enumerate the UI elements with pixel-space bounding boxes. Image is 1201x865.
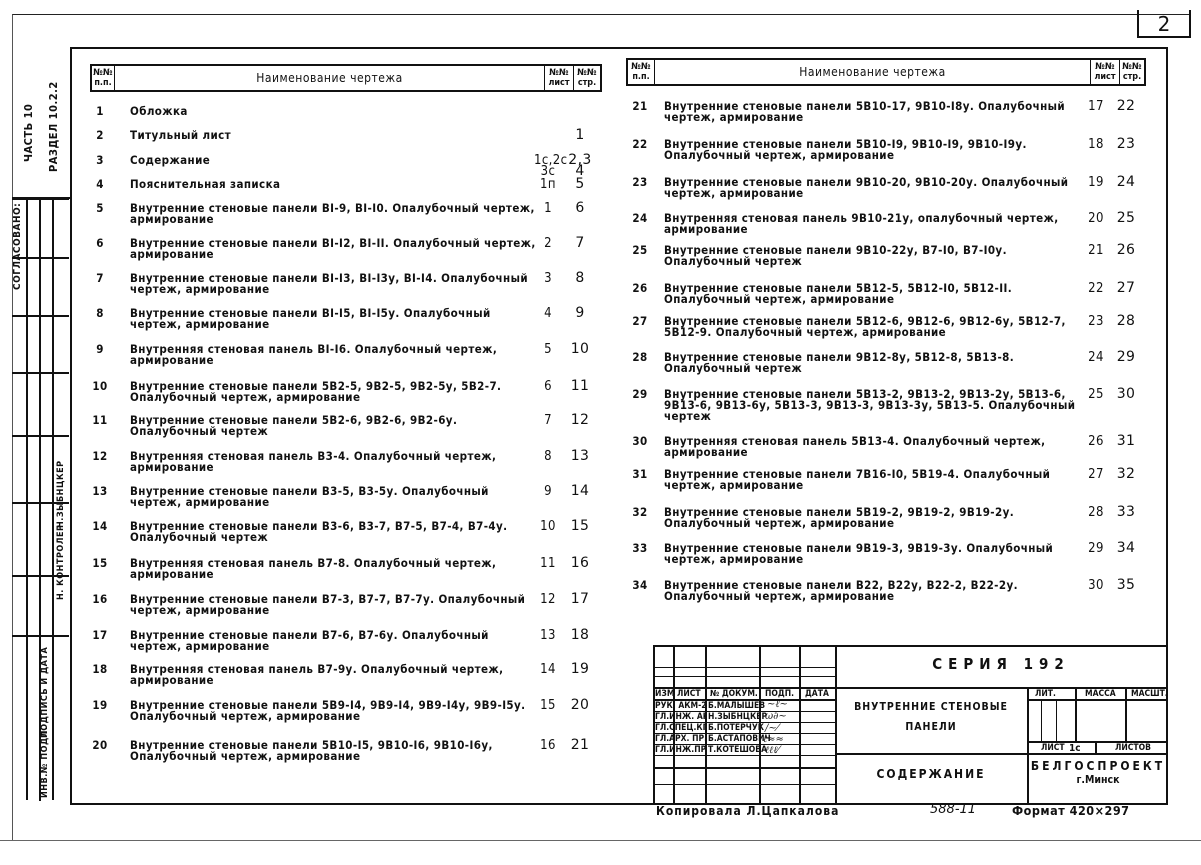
sheet-number: 4 — [534, 308, 562, 319]
series-label: СЕРИЯ 192 — [835, 655, 1167, 673]
col-sign: ПОДП. — [765, 689, 794, 699]
drawing-name: Внутренние стеновые панели 5В19-2, 9В19-… — [664, 507, 1084, 529]
col-doc: № ДОКУМ. — [710, 689, 758, 699]
drawing-name: Внутренние стеновые панели 9В10-20, 9В10… — [664, 177, 1084, 199]
table-row: 22Внутренние стеновые панели 5В10-I9, 9В… — [628, 139, 1148, 167]
table-row: 14Внутренние стеновые панели В3-6, В3-7,… — [88, 521, 608, 549]
page-number-cell: 12 — [566, 415, 594, 426]
table-row: 6Внутренние стеновые панели ВI-I2, ВI-II… — [88, 238, 608, 266]
header-sheet: №№ лист — [545, 66, 574, 90]
row-number: 25 — [628, 245, 652, 256]
page-number-cell: 23 — [1112, 139, 1140, 150]
row-number: 16 — [88, 594, 112, 605]
drawing-name: Обложка — [130, 106, 540, 117]
row-number: 7 — [88, 273, 112, 284]
sheet-number: 30 — [1082, 580, 1110, 591]
lit-label: ЛИТ. — [1035, 689, 1056, 699]
agreed-label: СОГЛАСОВАНО: — [12, 203, 23, 290]
header-page: №№ стр. — [574, 66, 600, 90]
row-number: 29 — [628, 389, 652, 400]
drawing-name: Внутренние стеновые панели 5В9-I4, 9В9-I… — [130, 700, 540, 722]
header-name: Наименование чертежа — [115, 66, 545, 90]
table-row: 30Внутренняя стеновая панель 5В13-4. Опа… — [628, 436, 1148, 464]
divider — [1137, 10, 1139, 37]
row-number: 5 — [88, 203, 112, 214]
page-number: 2 — [1140, 12, 1188, 36]
table-row: 31Внутренние стеновые панели 7В16-I0, 5В… — [628, 469, 1148, 497]
signature-icon: ℓℓℓ⁄ — [765, 745, 779, 756]
sheet-number: 20 — [1082, 213, 1110, 224]
row-number: 31 — [628, 469, 652, 480]
row-number: 17 — [88, 630, 112, 641]
drawing-name: Внутренние стеновые панели 7В16-I0, 5В19… — [664, 469, 1084, 491]
copied-by: Копировала Л.Цапкалова — [656, 804, 839, 818]
page-number-cell: 33 — [1112, 507, 1140, 518]
signature-icon: /~⁄ — [765, 723, 778, 734]
page-number-cell: 32 — [1112, 469, 1140, 480]
drawing-name: Внутренние стеновые панели В7-3, В7-7, В… — [130, 594, 540, 616]
page-number-cell: 5 — [566, 179, 594, 190]
page-number-cell: 8 — [566, 273, 594, 284]
sheet-value: 1с — [1069, 743, 1081, 754]
page-number-cell: 29 — [1112, 352, 1140, 363]
table-row: 23Внутренние стеновые панели 9В10-20, 9В… — [628, 177, 1148, 205]
sheet-label: ЛИСТ — [1041, 743, 1065, 753]
row-number: 11 — [88, 415, 112, 426]
row-number: 21 — [628, 101, 652, 112]
drawing-name: Внутренняя стеновая панель В3-4. Опалубо… — [130, 451, 540, 473]
format-label: Формат 420×297 — [1012, 803, 1130, 818]
table-row: 12Внутренняя стеновая панель В3-4. Опалу… — [88, 451, 608, 479]
table-row: 11Внутренние стеновые панели 5В2-6, 9В2-… — [88, 415, 608, 443]
table-row: 15Внутренняя стеновая панель В7-8. Опалу… — [88, 558, 608, 586]
page-number-cell: 11 — [566, 381, 594, 392]
sign-date-label: ПОДПИСЬ И ДАТА — [40, 647, 50, 738]
page-number-cell: 35 — [1112, 580, 1140, 591]
page-number-cell: 14 — [566, 486, 594, 497]
page-number-cell: 28 — [1112, 316, 1140, 327]
drawing-title: ВНУТРЕННИЕ СТЕНОВЫЕ ПАНЕЛИ — [841, 697, 1021, 737]
row-number: 20 — [88, 740, 112, 751]
drawing-name: Внутренние стеновые панели 9В10-22у, В7-… — [664, 245, 1084, 267]
sheet-number: 7 — [534, 415, 562, 426]
drawing-name: Внутренние стеновые панели ВI-9, ВI-I0. … — [130, 203, 540, 225]
sheet-number: 27 — [1082, 469, 1110, 480]
table-row: 18Внутренняя стеновая панель В7-9у. Опал… — [88, 664, 608, 692]
header-page: №№ стр. — [1120, 60, 1144, 84]
row-number: 22 — [628, 139, 652, 150]
sheet-number: 8 — [534, 451, 562, 462]
table-row: 7Внутренние стеновые панели ВI-I3, ВI-I3… — [88, 273, 608, 301]
sheet-number: 5 — [534, 344, 562, 355]
row-number: 26 — [628, 283, 652, 294]
page-number-cell: 20 — [566, 700, 594, 711]
drawing-name: Внутренняя стеновая панель 9В10-21у, опа… — [664, 213, 1084, 235]
table-row: 17Внутренние стеновые панели В7-6, В7-6у… — [88, 630, 608, 658]
table-row: 20Внутренние стеновые панели 5В10-I5, 9В… — [88, 740, 608, 768]
row-number: 9 — [88, 344, 112, 355]
sheet-number: 3 — [534, 273, 562, 284]
drawing-name: Внутренние стеновые панели В3-6, В3-7, В… — [130, 521, 540, 543]
row-number: 3 — [88, 155, 112, 166]
drawing-name: Пояснительная записка — [130, 179, 540, 190]
page-number-cell: 21 — [566, 740, 594, 751]
page-number-cell: 31 — [1112, 436, 1140, 447]
header-num: №№ п.п. — [92, 66, 115, 90]
drawing-name: Внутренние стеновые панели 5В10-17, 9В10… — [664, 101, 1084, 123]
row-number: 18 — [88, 664, 112, 675]
drawing-name: Внутренние стеновые панели 5В2-6, 9В2-6,… — [130, 415, 540, 437]
person-name: Б.МАЛЫШЕВ — [708, 701, 765, 711]
person-name: Б.АСТАПОВИЧ — [708, 734, 771, 744]
sheet-title: СОДЕРЖАНИЕ — [835, 767, 1027, 781]
controller-role: Н. КОНТРОЛЕР — [56, 525, 66, 600]
table-row: 8Внутренние стеновые панели ВI-I5, ВI-I5… — [88, 308, 608, 336]
page-number-cell: 2,3 4 — [566, 155, 594, 177]
sheet-number: 13 — [534, 630, 562, 641]
page-number-cell: 6 — [566, 203, 594, 214]
col-list: ЛИСТ — [677, 689, 701, 699]
page-number-cell: 25 — [1112, 213, 1140, 224]
drawing-name: Внутренние стеновые панели 5В13-2, 9В13-… — [664, 389, 1084, 422]
row-number: 19 — [88, 700, 112, 711]
table-row: 34Внутренние стеновые панели В22, В22у, … — [628, 580, 1148, 608]
sheet-number: 11 — [534, 558, 562, 569]
organization: БЕЛГОСПРОЕКТ — [1029, 759, 1167, 773]
page-number-cell: 22 — [1112, 101, 1140, 112]
row-number: 12 — [88, 451, 112, 462]
sheet-number: 6 — [534, 381, 562, 392]
drawing-name: Внутренняя стеновая панель ВI-I6. Опалуб… — [130, 344, 540, 366]
row-number: 1 — [88, 106, 112, 117]
sheet-number: 2 — [534, 238, 562, 249]
sheet-number: 1 — [534, 203, 562, 214]
bottom-edge — [0, 840, 1201, 841]
city: г.Минск — [1029, 774, 1167, 786]
sheet-number: 17 — [1082, 101, 1110, 112]
table-row: 24Внутренняя стеновая панель 9В10-21у, о… — [628, 213, 1148, 241]
drawing-name: Внутренние стеновые панели ВI-I5, ВI-I5у… — [130, 308, 540, 330]
row-number: 2 — [88, 130, 112, 141]
drawing-name: Внутренние стеновые панели 9В12-8у, 5В12… — [664, 352, 1084, 374]
row-number: 23 — [628, 177, 652, 188]
sheet-number: 28 — [1082, 507, 1110, 518]
sheet-number: 22 — [1082, 283, 1110, 294]
drawing-name: Содержание — [130, 155, 540, 166]
table-row: 9Внутренняя стеновая панель ВI-I6. Опалу… — [88, 344, 608, 372]
part-label: ЧАСТЬ 10 — [22, 104, 35, 162]
page-number-cell: 9 — [566, 308, 594, 319]
sheet-number: 15 — [534, 700, 562, 711]
person-name: Н.ЗЫБНЦКЕР — [708, 712, 767, 722]
row-number: 6 — [88, 238, 112, 249]
right-table-header: №№ п.п. Наименование чертежа №№ лист №№ … — [626, 58, 1146, 86]
page-number-cell: 27 — [1112, 283, 1140, 294]
row-number: 30 — [628, 436, 652, 447]
table-row: 5Внутренние стеновые панели ВI-9, ВI-I0.… — [88, 203, 608, 231]
header-name: Наименование чертежа — [655, 60, 1091, 84]
page-number-cell: 13 — [566, 451, 594, 462]
doc-code: 588-11 — [930, 802, 976, 817]
row-number: 32 — [628, 507, 652, 518]
row-number: 27 — [628, 316, 652, 327]
table-row: 33Внутренние стеновые панели 9В19-3, 9В1… — [628, 543, 1148, 571]
sheets-label: ЛИСТОВ — [1115, 743, 1151, 753]
drawing-name: Внутренние стеновые панели В3-5, В3-5у. … — [130, 486, 540, 508]
left-table-header: №№ п.п. Наименование чертежа №№ лист №№ … — [90, 64, 602, 92]
col-izm: ИЗМ. — [655, 689, 673, 699]
table-row: 26Внутренние стеновые панели 5В12-5, 5В1… — [628, 283, 1148, 311]
row-number: 4 — [88, 179, 112, 190]
sheet-number: 14 — [534, 664, 562, 675]
mass-label: МАССА — [1085, 689, 1116, 699]
drawing-name: Внутренние стеновые панели 5В12-6, 9В12-… — [664, 316, 1084, 338]
drawing-name: Титульный лист — [130, 130, 540, 141]
page-number-cell: 26 — [1112, 245, 1140, 256]
sheet-number: 10 — [534, 521, 562, 532]
page-number-cell: 10 — [566, 344, 594, 355]
row-number: 33 — [628, 543, 652, 554]
row-number: 8 — [88, 308, 112, 319]
table-row: 16Внутренние стеновые панели В7-3, В7-7,… — [88, 594, 608, 622]
scale-label: МАСШТ. — [1131, 689, 1168, 699]
table-row: 32Внутренние стеновые панели 5В19-2, 9В1… — [628, 507, 1148, 535]
sheet-number: 1с,2с 3с — [534, 155, 562, 177]
drawing-name: Внутренние стеновые панели В7-6, В7-6у. … — [130, 630, 540, 652]
page-number-cell: 1 — [566, 130, 594, 141]
sheet-number: 18 — [1082, 139, 1110, 150]
controller-name: Н.ЗЫБНЦКЕР — [56, 460, 66, 528]
sheet-number: 19 — [1082, 177, 1110, 188]
table-row: 27Внутренние стеновые панели 5В12-6, 9В1… — [628, 316, 1148, 344]
page-number-cell: 19 — [566, 664, 594, 675]
drawing-name: Внутренние стеновые панели ВI-I3, ВI-I3у… — [130, 273, 540, 295]
drawing-name: Внутренние стеновые панели 5В10-I9, 9В10… — [664, 139, 1084, 161]
drawing-name: Внутренняя стеновая панель 5В13-4. Опалу… — [664, 436, 1084, 458]
header-sheet: №№ лист — [1091, 60, 1120, 84]
page-number-cell: 24 — [1112, 177, 1140, 188]
person-role: ГЛ.АРХ. ПР. — [655, 734, 705, 744]
row-number: 14 — [88, 521, 112, 532]
signature-icon: ω∂~ — [765, 711, 787, 722]
sheet-number: 16 — [534, 740, 562, 751]
drawing-name: Внутренние стеновые панели 5В2-5, 9В2-5,… — [130, 381, 540, 403]
col-date: ДАТА — [805, 689, 829, 699]
drawing-name: Внутренняя стеновая панель В7-9у. Опалуб… — [130, 664, 540, 686]
row-number: 28 — [628, 352, 652, 363]
person-role: ГЛ.ИНЖ. АКМ — [655, 712, 705, 722]
page-number-cell: 18 — [566, 630, 594, 641]
drawing-name: Внутренние стеновые панели 9В19-3, 9В19-… — [664, 543, 1084, 565]
row-number: 10 — [88, 381, 112, 392]
page-number-cell: 15 — [566, 521, 594, 532]
row-number: 13 — [88, 486, 112, 497]
sheet-number: 12 — [534, 594, 562, 605]
row-number: 34 — [628, 580, 652, 591]
table-row: 10Внутренние стеновые панели 5В2-5, 9В2-… — [88, 381, 608, 409]
drawing-name: Внутренние стеновые панели В22, В22у, В2… — [664, 580, 1084, 602]
sheet-number: 25 — [1082, 389, 1110, 400]
row-number: 15 — [88, 558, 112, 569]
drawing-name: Внутренние стеновые панели 5В12-5, 5В12-… — [664, 283, 1084, 305]
table-row: 13Внутренние стеновые панели В3-5, В3-5у… — [88, 486, 608, 514]
sheet-number: 29 — [1082, 543, 1110, 554]
sheet-number: 26 — [1082, 436, 1110, 447]
sheet-number: 21 — [1082, 245, 1110, 256]
signature-icon: ℓ≈≈ — [763, 734, 784, 745]
table-row: 19Внутренние стеновые панели 5В9-I4, 9В9… — [88, 700, 608, 728]
sheet-number: 1п — [534, 179, 562, 190]
page-number-cell: 30 — [1112, 389, 1140, 400]
table-row: 25Внутренние стеновые панели 9В10-22у, В… — [628, 245, 1148, 273]
page-number-cell: 7 — [566, 238, 594, 249]
title-block: ИЗМ. ЛИСТ № ДОКУМ. ПОДП. ДАТА РУК. АКМ-2… — [653, 645, 1167, 803]
table-row: 21Внутренние стеновые панели 5В10-17, 9В… — [628, 101, 1148, 129]
sheet-number: 24 — [1082, 352, 1110, 363]
sheet-number: 9 — [534, 486, 562, 497]
person-name: Т.КОТЕШОВА — [708, 745, 767, 755]
header-num: №№ п.п. — [628, 60, 655, 84]
signature-icon: ~ℓ~ — [767, 699, 788, 710]
person-role: РУК. АКМ-2 — [655, 701, 705, 711]
page-number-cell: 17 — [566, 594, 594, 605]
row-number: 24 — [628, 213, 652, 224]
drawing-name: Внутренняя стеновая панель В7-8. Опалубо… — [130, 558, 540, 580]
page-number-cell: 16 — [566, 558, 594, 569]
person-name: Б.ПОТЕРЧУК — [708, 723, 764, 733]
divider — [1189, 10, 1191, 37]
drawing-name: Внутренние стеновые панели ВI-I2, ВI-II.… — [130, 238, 540, 260]
page-number-cell: 34 — [1112, 543, 1140, 554]
sheet-number: 23 — [1082, 316, 1110, 327]
section-label: РАЗДЕЛ 10.2.2 — [47, 81, 60, 172]
drawing-name: Внутренние стеновые панели 5В10-I5, 9В10… — [130, 740, 540, 762]
table-row: 28Внутренние стеновые панели 9В12-8у, 5В… — [628, 352, 1148, 380]
person-role: ГЛ.ИНЖ.ПР. — [655, 745, 705, 755]
person-role: ГЛ.СПЕЦ.КПД — [655, 723, 705, 733]
table-row: 29Внутренние стеновые панели 5В13-2, 9В1… — [628, 389, 1148, 417]
divider — [1137, 36, 1191, 38]
